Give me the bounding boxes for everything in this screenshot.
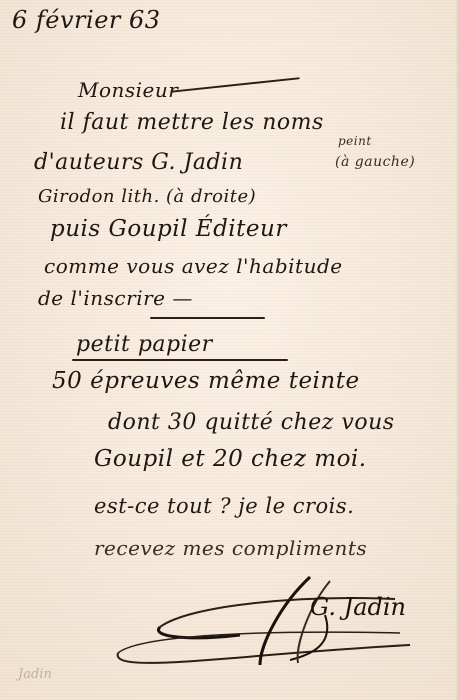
- date-line: 6 février 63: [12, 6, 161, 34]
- letter-line-11: est-ce tout ? je le crois.: [94, 494, 354, 518]
- salutation: Monsieur: [78, 78, 178, 102]
- signature: G. Jadin: [110, 575, 420, 675]
- letter-line-9: dont 30 quitté chez vous: [108, 410, 395, 435]
- annotation-a-gauche: (à gauche): [335, 154, 415, 170]
- signature-flourish-icon: [110, 575, 420, 675]
- letter-page: 6 février 63 Monsieur il faut mettre les…: [0, 0, 459, 700]
- separator-stroke: [150, 317, 265, 319]
- pencil-note: Jadin: [18, 667, 52, 682]
- letter-line-7: petit papier: [76, 332, 213, 357]
- letter-line-2: d'auteurs G. Jadin: [34, 150, 243, 175]
- letter-line-8: 50 épreuves même teinte: [52, 368, 360, 394]
- letter-line-5: comme vous avez l'habitude: [44, 254, 343, 278]
- signature-text: G. Jadin: [310, 593, 406, 621]
- letter-line-1: il faut mettre les noms: [60, 110, 324, 135]
- letter-line-4: puis Goupil Éditeur: [50, 216, 287, 242]
- letter-line-10: Goupil et 20 chez moi.: [94, 446, 367, 472]
- letter-line-3: Girodon lith. (à droite): [38, 186, 256, 207]
- salutation-flourish: [170, 77, 299, 92]
- petit-papier-underline: [72, 359, 288, 361]
- letter-line-6: de l'inscrire —: [38, 286, 193, 310]
- annotation-peint: peint: [338, 134, 372, 148]
- letter-line-12: recevez mes compliments: [94, 536, 367, 560]
